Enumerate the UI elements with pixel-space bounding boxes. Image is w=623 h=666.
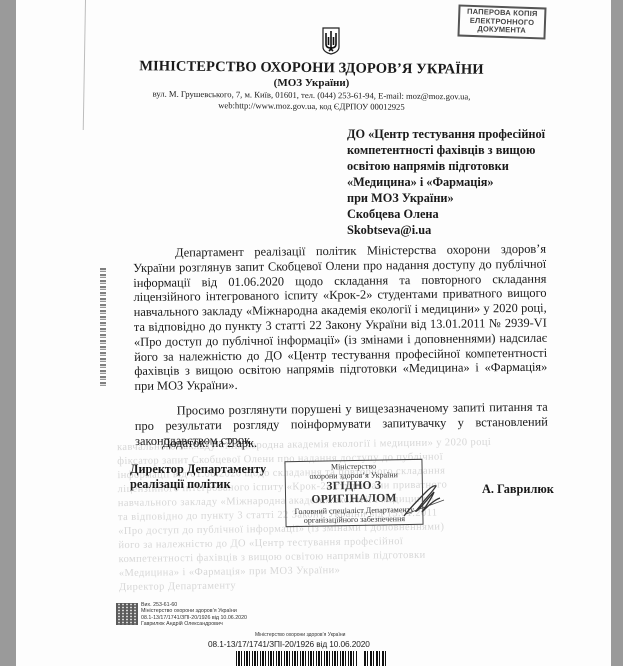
recipient-line: при МОЗ України»	[347, 190, 587, 206]
body-paragraph: Департамент реалізації політик Міністерс…	[133, 242, 548, 394]
signer-position: Директор Департаменту реалізації політик	[130, 462, 266, 492]
signer-position-line: Директор Департаменту	[130, 462, 266, 477]
paper-copy-stamp: ПАПЕРОВА КОПІЯ ЕЛЕКТРОННОГО ДОКУМЕНТА	[457, 4, 546, 39]
e-sign-line: Міністерство охорони здоров’я України	[141, 608, 247, 614]
requester-block: Скобцева Олена Skobtseva@i.ua	[347, 206, 439, 238]
attachment-note: Додаток: на 2 арк.	[162, 436, 257, 451]
requester-email: Skobtseva@i.ua	[347, 222, 439, 238]
barcode-icon	[364, 651, 388, 666]
letter-body: Департамент реалізації політик Міністерс…	[133, 242, 548, 449]
recipient-line: компетентності фахівців з вищою	[347, 142, 587, 158]
registration-number: 08.1-13/17/1741/ЗПІ-20/1926 від 10.06.20…	[208, 639, 370, 649]
signer-name: А. Гаврилюк	[482, 482, 554, 497]
signer-position-line: реалізації політик	[130, 477, 266, 492]
recipient-line: «Медицина» і «Фармація»	[347, 174, 587, 190]
e-sign-line: Гаврилюк Андрій Олександрович	[141, 621, 247, 627]
vertical-barcode	[100, 268, 106, 388]
recipient-line: освітою напрямів підготовки	[347, 158, 587, 174]
recipient-line: ДО «Центр тестування професійної	[347, 126, 587, 142]
requester-name: Скобцева Олена	[347, 206, 439, 222]
electronic-signature-block: Вих. 253-61-60 Міністерство охорони здор…	[141, 602, 247, 628]
qr-code-icon	[116, 603, 138, 625]
registration-ministry: Міністерство охорони здоров’я України	[255, 632, 345, 638]
barcode-icon	[236, 651, 358, 666]
recipient-block: ДО «Центр тестування професійної компете…	[347, 126, 587, 206]
handwritten-signature-icon	[400, 482, 448, 518]
ukraine-trident-icon	[322, 27, 340, 55]
